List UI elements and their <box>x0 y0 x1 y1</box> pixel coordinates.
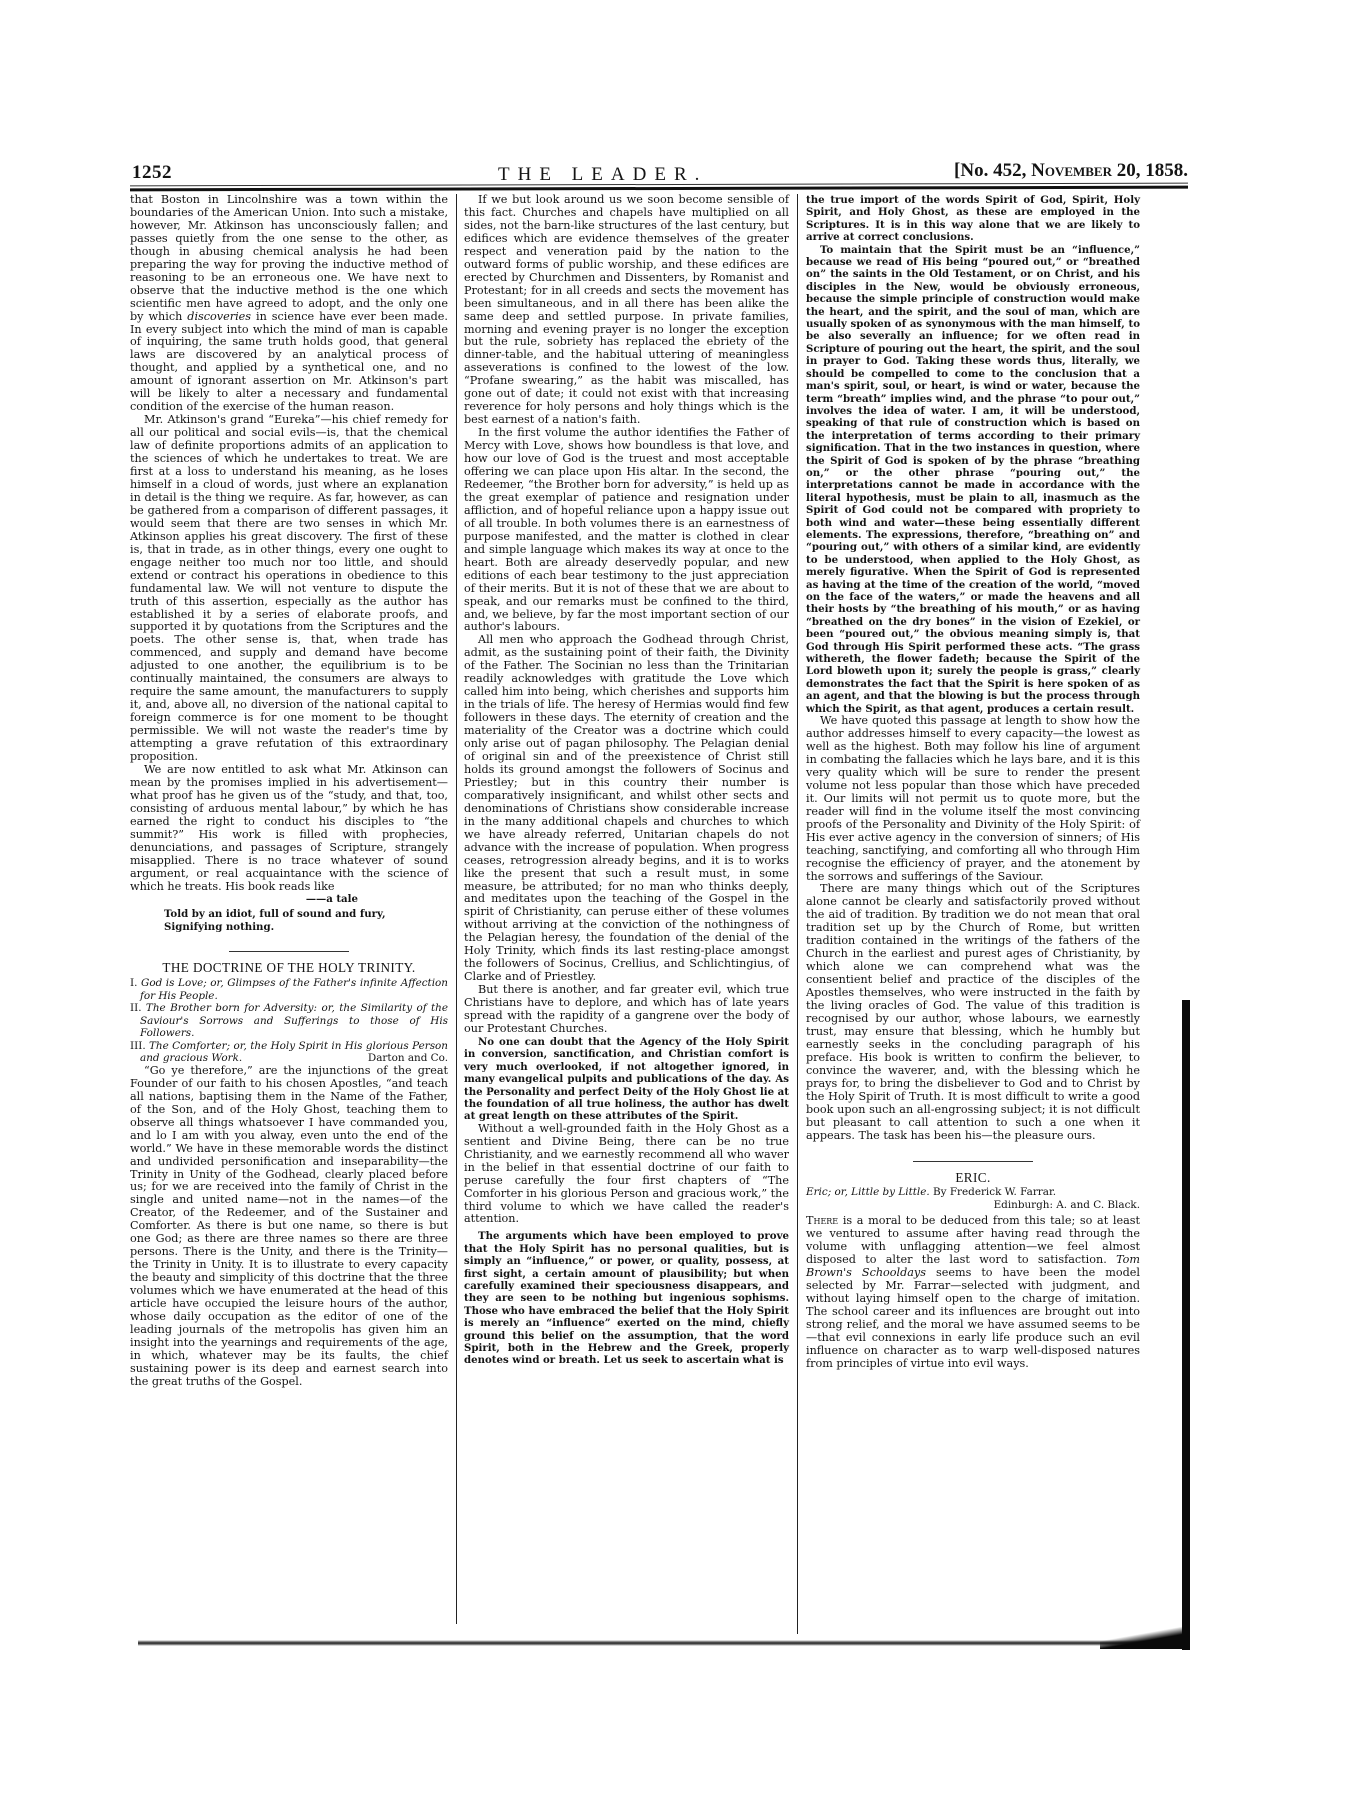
emphasis: discoveries <box>187 310 251 323</box>
quoted-excerpt: the true import of the words Spirit of G… <box>806 194 1140 715</box>
book-entry: III. The Comforter; or, the Holy Spirit … <box>130 1040 448 1065</box>
excerpt-paragraph: The arguments which have been employed t… <box>464 1230 789 1366</box>
page-number: 1252 <box>132 162 172 184</box>
paper-title: THE LEADER. <box>498 164 707 186</box>
excerpt-paragraph: the true import of the words Spirit of G… <box>806 194 1140 244</box>
column-3: the true import of the words Spirit of G… <box>806 194 1140 1371</box>
issue-month: November <box>1031 160 1112 181</box>
section-divider <box>913 1161 1033 1162</box>
quoted-excerpt: No one can doubt that the Agency of the … <box>464 1036 789 1123</box>
quoted-excerpt: The arguments which have been employed t… <box>464 1230 789 1366</box>
article-paragraph: There are many things which out of the S… <box>806 883 1140 1142</box>
masthead: 1252 THE LEADER. [No. 452, November 20, … <box>130 158 1188 186</box>
scan-edge-shadow <box>1182 1000 1190 1650</box>
book-entry: I. God is Love; or, Glimpses of the Fath… <box>130 977 448 1002</box>
article-paragraph: that Boston in Lincolnshire was a town w… <box>130 194 448 414</box>
article-paragraph: We have quoted this passage at length to… <box>806 715 1140 883</box>
newspaper-page: 1252 THE LEADER. [No. 452, November 20, … <box>130 150 1190 1650</box>
column-2: If we but look around us we soon become … <box>464 194 789 1367</box>
book-list: I. God is Love; or, Glimpses of the Fath… <box>130 977 448 1065</box>
issue-day-year: 20, 1858. <box>1112 160 1188 181</box>
column-1: that Boston in Lincolnshire was a town w… <box>130 194 448 1389</box>
article-paragraph: If we but look around us we soon become … <box>464 194 789 427</box>
scan-bottom-edge <box>138 1640 1188 1646</box>
issue-date: [No. 452, November 20, 1858. <box>954 160 1188 182</box>
book-entry: II. The Brother born for Adversity: or, … <box>130 1002 448 1040</box>
section-divider <box>229 951 349 952</box>
excerpt-paragraph: No one can doubt that the Agency of the … <box>464 1036 789 1123</box>
article-paragraph: In the first volume the author identifie… <box>464 427 789 634</box>
article-paragraph: We are now entitled to ask what Mr. Atki… <box>130 764 448 894</box>
column-divider <box>797 194 798 1634</box>
article-paragraph: “Go ye therefore,” are the injunctions o… <box>130 1065 448 1389</box>
article-paragraph: Mr. Atkinson's grand “Eureka”—his chief … <box>130 414 448 764</box>
book-citation: Eric; or, Little by Little. By Frederick… <box>806 1186 1140 1211</box>
book-publisher: Edinburgh: A. and C. Black. <box>806 1199 1140 1212</box>
article-paragraph: But there is another, and far greater ev… <box>464 984 789 1036</box>
book-author: By Frederick W. Farrar. <box>933 1186 1056 1198</box>
quote-lead: ——a tale <box>130 893 448 906</box>
article-paragraph: All men who approach the Godhead through… <box>464 634 789 984</box>
quote-line: Told by an idiot, full of sound and fury… <box>164 908 448 921</box>
issue-number: [No. 452, <box>954 160 1031 181</box>
header-rule-thick <box>130 186 1188 192</box>
column-divider <box>456 194 457 1624</box>
article-paragraph: Without a well-grounded faith in the Hol… <box>464 1123 789 1227</box>
scan-corner-shadow <box>1100 1625 1190 1649</box>
section-title-eric: ERIC. <box>806 1172 1140 1185</box>
excerpt-paragraph: To maintain that the Spirit must be an “… <box>806 244 1140 715</box>
article-paragraph: There is a moral to be deduced from this… <box>806 1215 1140 1370</box>
book-title: Eric; or, Little by Little. <box>806 1186 930 1198</box>
section-title-trinity: THE DOCTRINE OF THE HOLY TRINITY. <box>130 962 448 975</box>
publisher: Darton and Co. <box>378 1052 448 1065</box>
quote-line: Signifying nothing. <box>164 921 448 934</box>
shakespeare-quote: Told by an idiot, full of sound and fury… <box>164 908 448 933</box>
